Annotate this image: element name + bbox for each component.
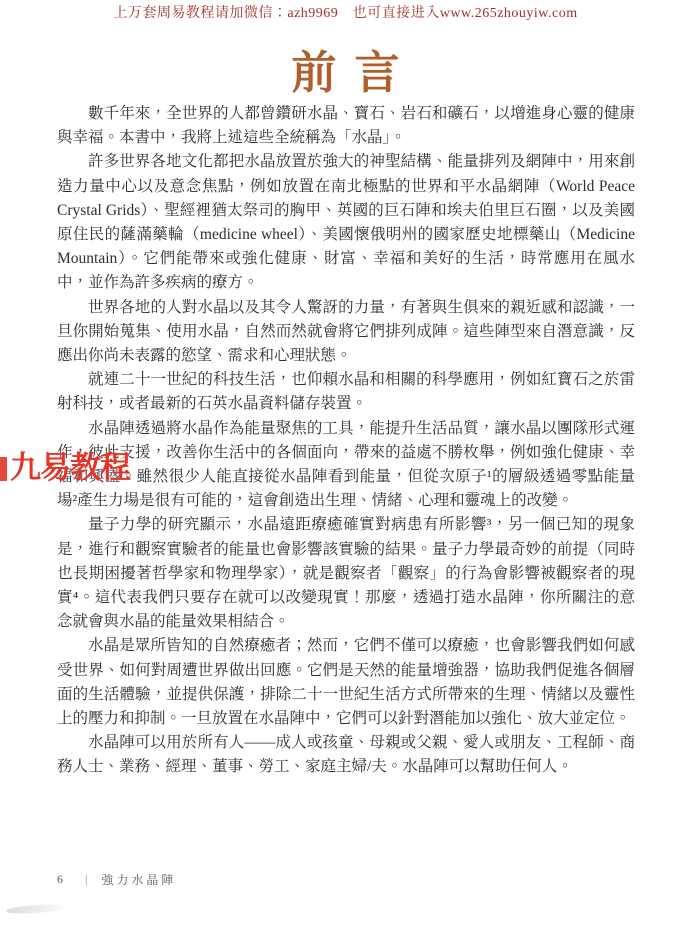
paragraph: 就連二十一世紀的科技生活，也仰賴水晶和相關的科學應用，例如紅寶石之於雷射科技，或…: [57, 368, 635, 416]
watermark-stamp-edge: [0, 457, 7, 481]
book-title: 強力水晶陣: [101, 871, 176, 888]
paragraph: 量子力學的研究顯示，水晶遠距療癒確實對病患有所影響³，另一個已知的現象是，進行和…: [57, 513, 635, 634]
promo-header-text: 上万套周易教程请加微信：azh9969 也可直接进入www.265zhouyiw…: [0, 2, 691, 22]
footer-separator: |: [85, 872, 87, 887]
paragraph: 水晶陣可以用於所有人——成人或孩童、母親或父親、愛人或朋友、工程師、商務人士、業…: [57, 731, 635, 779]
page-title: 前言: [0, 48, 691, 98]
scanned-book-page: 上万套周易教程请加微信：azh9969 也可直接进入www.265zhouyiw…: [0, 0, 691, 930]
paragraph: 許多世界各地文化都把水晶放置於強大的神聖結構、能量排列及網陣中，用來創造力量中心…: [57, 150, 635, 295]
paragraph: 水晶陣透過將水晶作為能量聚焦的工具，能提升生活品質，讓水晶以團隊形式運作，彼此支…: [57, 417, 635, 514]
watermark-text: 九易教程: [10, 452, 130, 483]
page-footer: 6 | 強力水晶陣: [57, 871, 176, 888]
paragraph: 數千年來，全世界的人都曾鑽研水晶、寶石、岩石和礦石，以增進身心靈的健康與幸福。本…: [57, 102, 635, 150]
paragraph: 世界各地的人對水晶以及其令人驚訝的力量，有著與生俱來的親近感和認識，一旦你開始蒐…: [57, 296, 635, 369]
page-number: 6: [57, 872, 71, 887]
paragraph: 水晶是眾所皆知的自然療癒者；然而，它們不僅可以療癒，也會影響我們如何感受世界、如…: [57, 634, 635, 731]
scan-artifact: [6, 903, 66, 915]
body-text-block: 數千年來，全世界的人都曾鑽研水晶、寶石、岩石和礦石，以增進身心靈的健康與幸福。本…: [57, 102, 635, 780]
